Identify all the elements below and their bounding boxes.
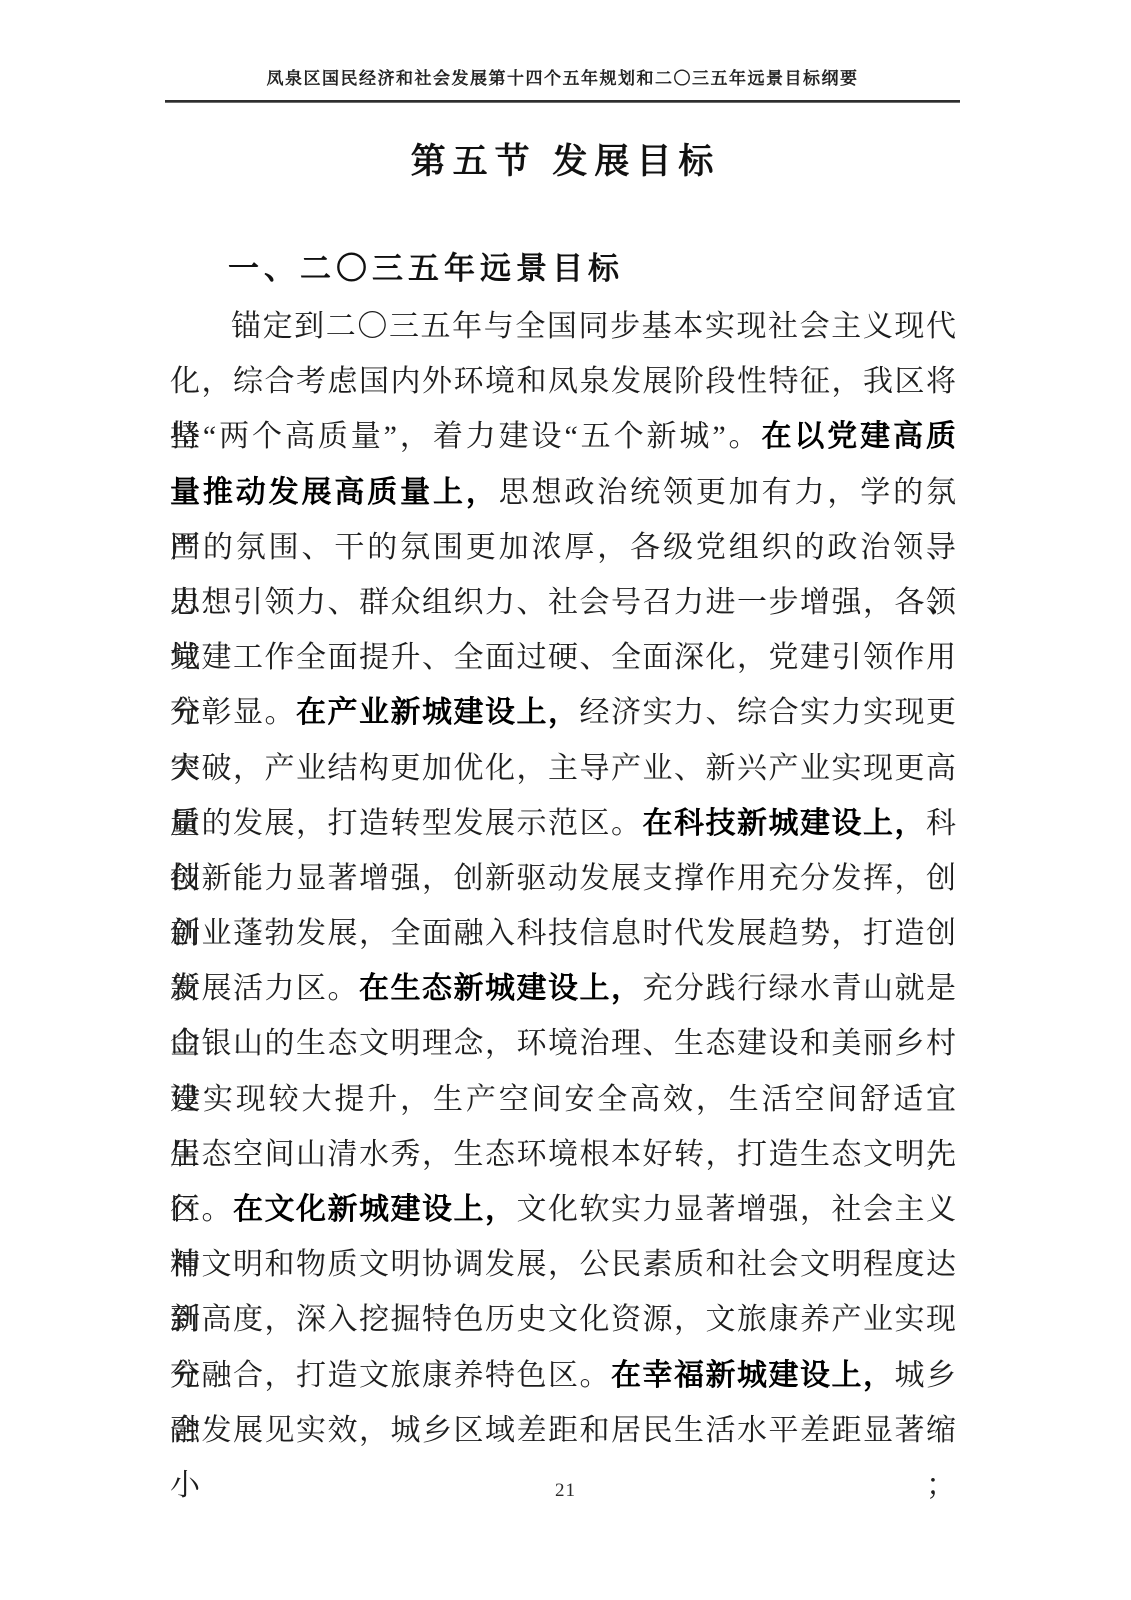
body-line: 量推动发展高质量上，思想政治统领更加有力，学的氛围、 [170, 465, 957, 520]
body-segment: 发展活力区。 [170, 972, 359, 1005]
body-segment: 分融合，打造文旅康养特色区。 [170, 1359, 611, 1392]
body-line: 新高度，深入挖掘特色历史文化资源，文旅康养产业实现充 [170, 1292, 957, 1347]
body-line: 设实现较大提升，生产空间安全高效，生活空间舒适宜居， [170, 1072, 957, 1127]
body-segment: 区。 [170, 1193, 233, 1226]
body-segment-bold: 在幸福新城建设上， [611, 1359, 895, 1392]
body-segment: 锚定到二〇三五年与全国同步基本实现社会主义现代 [231, 310, 957, 343]
body-line: 神文明和物质文明协调发展，公民素质和社会文明程度达到 [170, 1237, 957, 1292]
page-number: 21 [0, 1480, 1131, 1502]
body-line: 创新能力显著增强，创新驱动发展支撑作用充分发挥，创新 [170, 851, 957, 906]
body-segment: 持“两个高质量”，着力建设“五个新城”。 [170, 420, 761, 453]
body-segment: 分彰显。 [170, 696, 296, 729]
page-title: 第五节 发展目标 [0, 134, 1131, 184]
body-line: 持“两个高质量”，着力建设“五个新城”。在以党建高质 [170, 409, 957, 464]
body-line: 分彰显。在产业新城建设上，经济实力、综合实力实现更大 [170, 685, 957, 740]
section-heading: 一、二〇三五年远景目标 [228, 243, 624, 288]
document-page: 凤泉区国民经济和社会发展第十四个五年规划和二〇三五年远景目标纲要 第五节 发展目… [0, 0, 1131, 1600]
body-line: 化，综合考虑国内外环境和凤泉发展阶段性特征，我区将坚 [170, 354, 957, 409]
body-segment-bold: 在生态新城建设上， [359, 972, 643, 1005]
body-paragraph: 锚定到二〇三五年与全国同步基本实现社会主义现代化，综合考虑国内外环境和凤泉发展阶… [170, 299, 957, 1458]
body-segment-bold: 在产业新城建设上， [296, 696, 580, 729]
body-line: 发展活力区。在生态新城建设上，充分践行绿水青山就是金 [170, 961, 957, 1016]
body-line: 严的氛围、干的氛围更加浓厚，各级党组织的政治领导力、 [170, 520, 957, 575]
body-segment-bold: 量推动发展高质量上， [170, 476, 499, 509]
body-line: 党建工作全面提升、全面过硬、全面深化，党建引领作用充 [170, 630, 957, 685]
body-line: 区。在文化新城建设上，文化软实力显著增强，社会主义精 [170, 1182, 957, 1237]
body-line: 锚定到二〇三五年与全国同步基本实现社会主义现代 [170, 299, 957, 354]
body-line: 合发展见实效，城乡区域差距和居民生活水平差距显著缩小； [170, 1403, 957, 1458]
body-line: 突破，产业结构更加优化，主导产业、新兴产业实现更高质 [170, 741, 957, 796]
running-header: 凤泉区国民经济和社会发展第十四个五年规划和二〇三五年远景目标纲要 [165, 64, 960, 89]
body-line: 生态空间山清水秀，生态环境根本好转，打造生态文明先行 [170, 1127, 957, 1182]
body-segment-bold: 在科技新城建设上， [643, 807, 927, 840]
body-line: 山银山的生态文明理念，环境治理、生态建设和美丽乡村建 [170, 1016, 957, 1071]
body-line: 创业蓬勃发展，全面融入科技信息时代发展趋势，打造创新 [170, 906, 957, 961]
body-line: 量的发展，打造转型发展示范区。在科技新城建设上，科技 [170, 796, 957, 851]
body-line: 思想引领力、群众组织力、社会号召力进一步增强，各领域 [170, 575, 957, 630]
body-segment-bold: 在以党建高质 [761, 420, 957, 453]
body-segment-bold: 在文化新城建设上， [233, 1193, 517, 1226]
header-rule-divider [165, 100, 960, 103]
body-line: 分融合，打造文旅康养特色区。在幸福新城建设上，城乡融 [170, 1348, 957, 1403]
body-segment: 量的发展，打造转型发展示范区。 [170, 807, 643, 840]
